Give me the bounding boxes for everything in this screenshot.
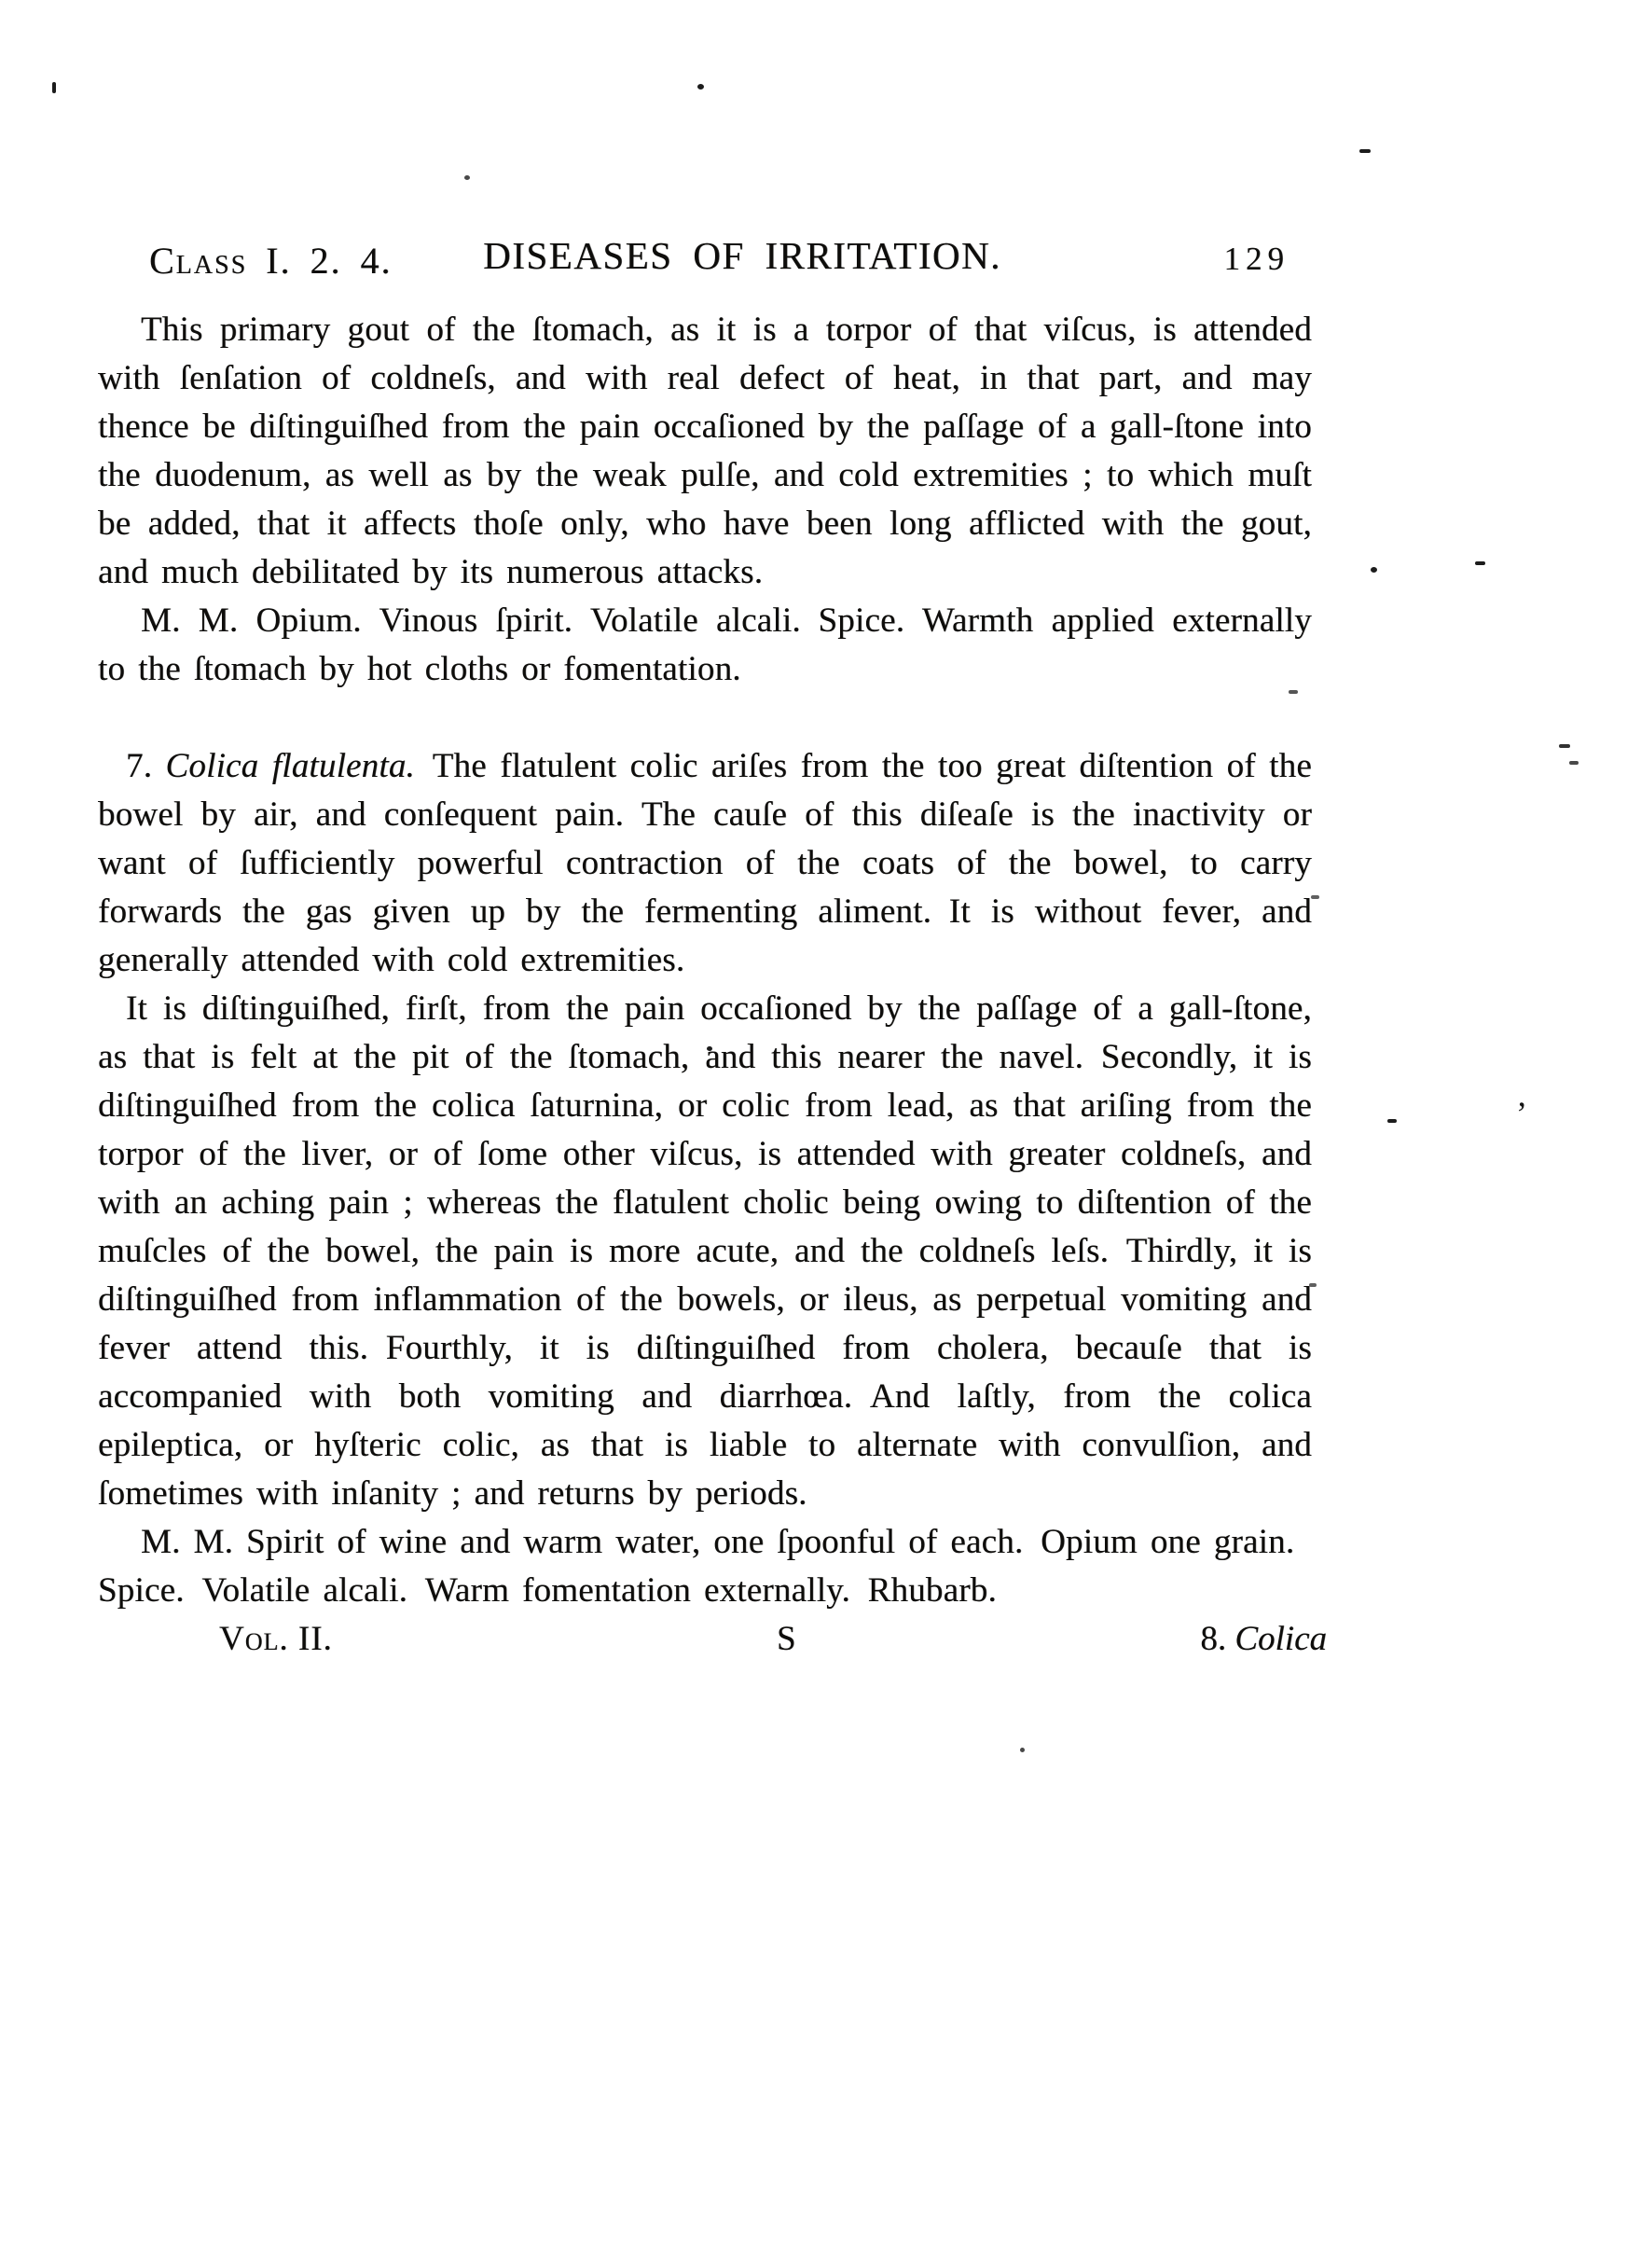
ink-speck bbox=[464, 175, 470, 180]
ink-speck bbox=[697, 84, 704, 90]
paragraph: It is diſtinguiſhed, firſt, from the pai… bbox=[98, 985, 1312, 1518]
page-footer: Vol. II. S 8. Colica bbox=[98, 1615, 1312, 1664]
page-text: Class I. 2. 4. DISEASES OF IRRITATION. 1… bbox=[98, 231, 1312, 1664]
paragraph-text: 7. bbox=[126, 747, 166, 785]
catchword-word: Colica bbox=[1234, 1620, 1327, 1658]
ink-speck bbox=[52, 82, 56, 93]
paragraph: 7. Colica flatulenta. The flatulent coli… bbox=[98, 742, 1312, 985]
page-number: 129 bbox=[1224, 241, 1290, 278]
book-page-scan: { "header": { "class_label": "Class I. 2… bbox=[0, 0, 1641, 2268]
ink-speck bbox=[1559, 744, 1570, 748]
paragraph-text: This primary gout of the ſtomach, as it … bbox=[98, 311, 1312, 591]
ink-speck bbox=[1020, 1748, 1025, 1752]
paragraph: This primary gout of the ſtomach, as it … bbox=[98, 306, 1312, 597]
ink-speck bbox=[1311, 895, 1319, 899]
page-header: Class I. 2. 4. DISEASES OF IRRITATION. 1… bbox=[98, 231, 1312, 285]
paragraph-text: M. M. Spirit of wine and warm water, one… bbox=[98, 1523, 1312, 1610]
paragraph-text: It is diſtinguiſhed, firſt, from the pai… bbox=[98, 989, 1312, 1513]
page-title: DISEASES OF IRRITATION. bbox=[172, 233, 1312, 278]
paragraph-italic-text: Colica flatulenta. bbox=[166, 747, 416, 785]
ink-speck bbox=[1475, 561, 1485, 565]
page-text-body: This primary gout of the ſtomach, as it … bbox=[98, 306, 1312, 1615]
signature-mark: S bbox=[777, 1615, 796, 1664]
ink-speck bbox=[1359, 149, 1371, 153]
stray-apostrophe-mark: ’ bbox=[1516, 1097, 1527, 1130]
catchword-number: 8. bbox=[1200, 1620, 1234, 1658]
ink-speck bbox=[1371, 567, 1377, 573]
paragraph: M. M. Opium. Vinous ſpirit. Volatile alc… bbox=[98, 597, 1312, 694]
catchword: 8. Colica bbox=[1200, 1615, 1327, 1664]
paragraph: M. M. Spirit of wine and warm water, one… bbox=[98, 1518, 1312, 1615]
paragraph-text: M. M. Opium. Vinous ſpirit. Volatile alc… bbox=[98, 602, 1312, 688]
ink-speck bbox=[1569, 761, 1579, 765]
ink-speck bbox=[1387, 1119, 1397, 1123]
volume-label: Vol. II. bbox=[219, 1615, 333, 1664]
